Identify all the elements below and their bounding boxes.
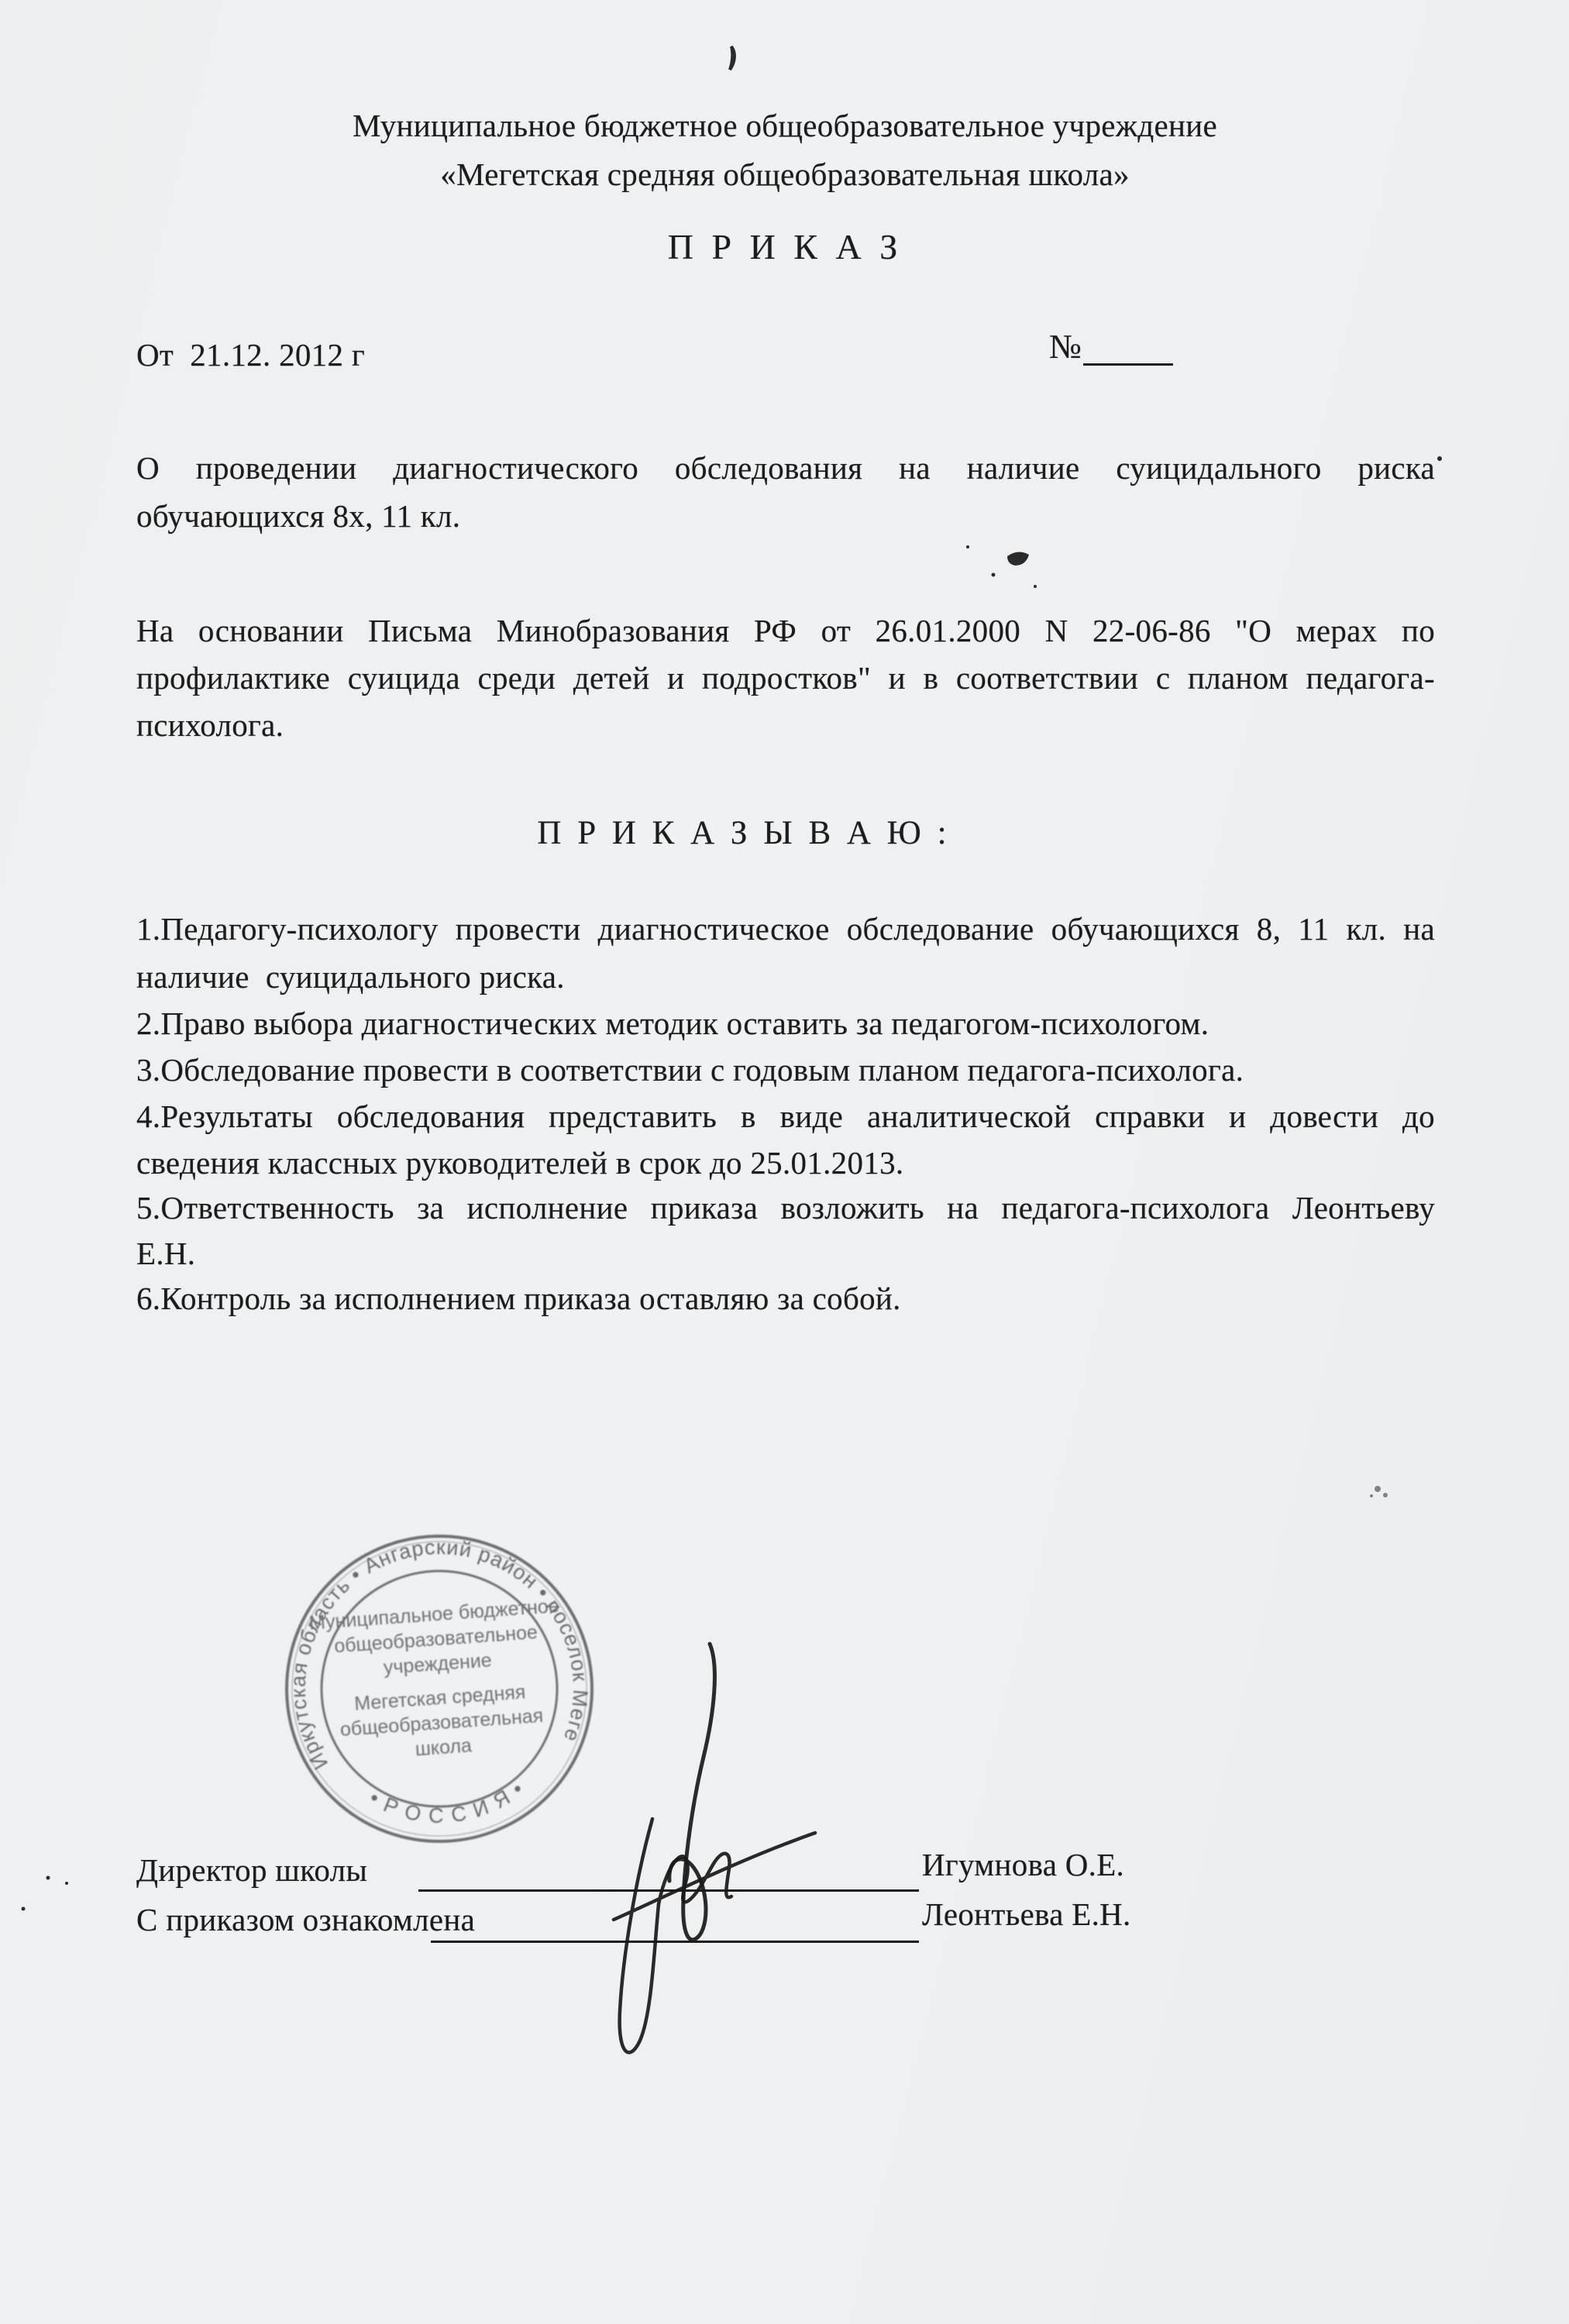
director-role-label: Директор школы <box>136 1851 367 1889</box>
item-6: 6.Контроль за исполнением приказа оставл… <box>136 1280 901 1317</box>
director-signature <box>669 1644 715 1940</box>
stamp-center-line5: общеобразовательная <box>339 1705 544 1741</box>
item-4-line2: сведения классных руководителей в срок д… <box>136 1144 903 1181</box>
stamp-center-line2: общеобразовательное <box>333 1621 538 1657</box>
stamp-ring-top-text: Иркутская область • Ангарский район • по… <box>0 0 597 1796</box>
basis-line1: На основании Письма Минобразования РФ от… <box>136 612 1435 649</box>
svg-text:Иркутская область • Ангарски: Иркутская область • Ангарский район • по… <box>0 0 597 1796</box>
org-name-line1: Муниципальное бюджетное общеобразователь… <box>22 107 1548 144</box>
stamp-center-text: Муниципальное бюджетное общеобразователь… <box>308 1595 569 1767</box>
basis-line2: профилактике суицида среди детей и подро… <box>136 659 1435 696</box>
order-date: От 21.12. 2012 г <box>136 336 365 373</box>
order-number-blank-line <box>1083 363 1173 366</box>
subject-line1: О проведении диагностического обследован… <box>136 449 1435 486</box>
acknowledged-label: С приказом ознакомлена <box>136 1901 475 1938</box>
psychologist-signature <box>614 1819 815 2053</box>
director-signature-line <box>418 1889 919 1892</box>
basis-line3: психолога. <box>136 706 284 744</box>
stamp-ring-bottom-text: • Р О С С И Я • <box>364 1776 531 1833</box>
item-5-line1: 5.Ответственность за исполнение приказа … <box>136 1189 1435 1226</box>
item-3: 3.Обследование провести в соответствии с… <box>136 1051 1244 1088</box>
stamp-center-line6: школа <box>415 1734 473 1760</box>
director-name: Игумнова О.Е. <box>922 1846 1124 1883</box>
item-2: 2.Право выбора диагностических методик о… <box>136 1005 1209 1042</box>
item-1-line2: наличие суицидального риска. <box>136 958 565 995</box>
psychologist-name: Леонтьева Е.Н. <box>922 1896 1131 1933</box>
svg-text:• Р О С С И Я •: • Р О С С И Я • <box>364 1776 531 1833</box>
acknowledged-signature-line <box>431 1941 919 1943</box>
item-1-line1: 1.Педагогу-психологу провести диагностич… <box>136 910 1435 947</box>
stamp-center-line1: Муниципальное бюджетное <box>308 1595 559 1634</box>
org-name-line2: «Мегетская средняя общеобразовательная ш… <box>22 156 1548 193</box>
stamp-center-line3: учреждение <box>383 1649 493 1679</box>
item-5-line2: Е.Н. <box>136 1235 195 1272</box>
order-number-sign: № <box>1049 327 1082 367</box>
item-4-line1: 4.Результаты обследования представить в … <box>136 1098 1435 1135</box>
subject-line2: обучающихся 8х, 11 кл. <box>136 497 460 535</box>
order-heading: П Р И К А З Ы В А Ю : <box>62 814 1426 854</box>
scanned-order-document: Муниципальное бюджетное общеобразователь… <box>0 0 1569 2324</box>
stamp-center-line4: Мегетская средняя <box>353 1681 526 1714</box>
document-title: П Р И К А З <box>22 226 1548 268</box>
